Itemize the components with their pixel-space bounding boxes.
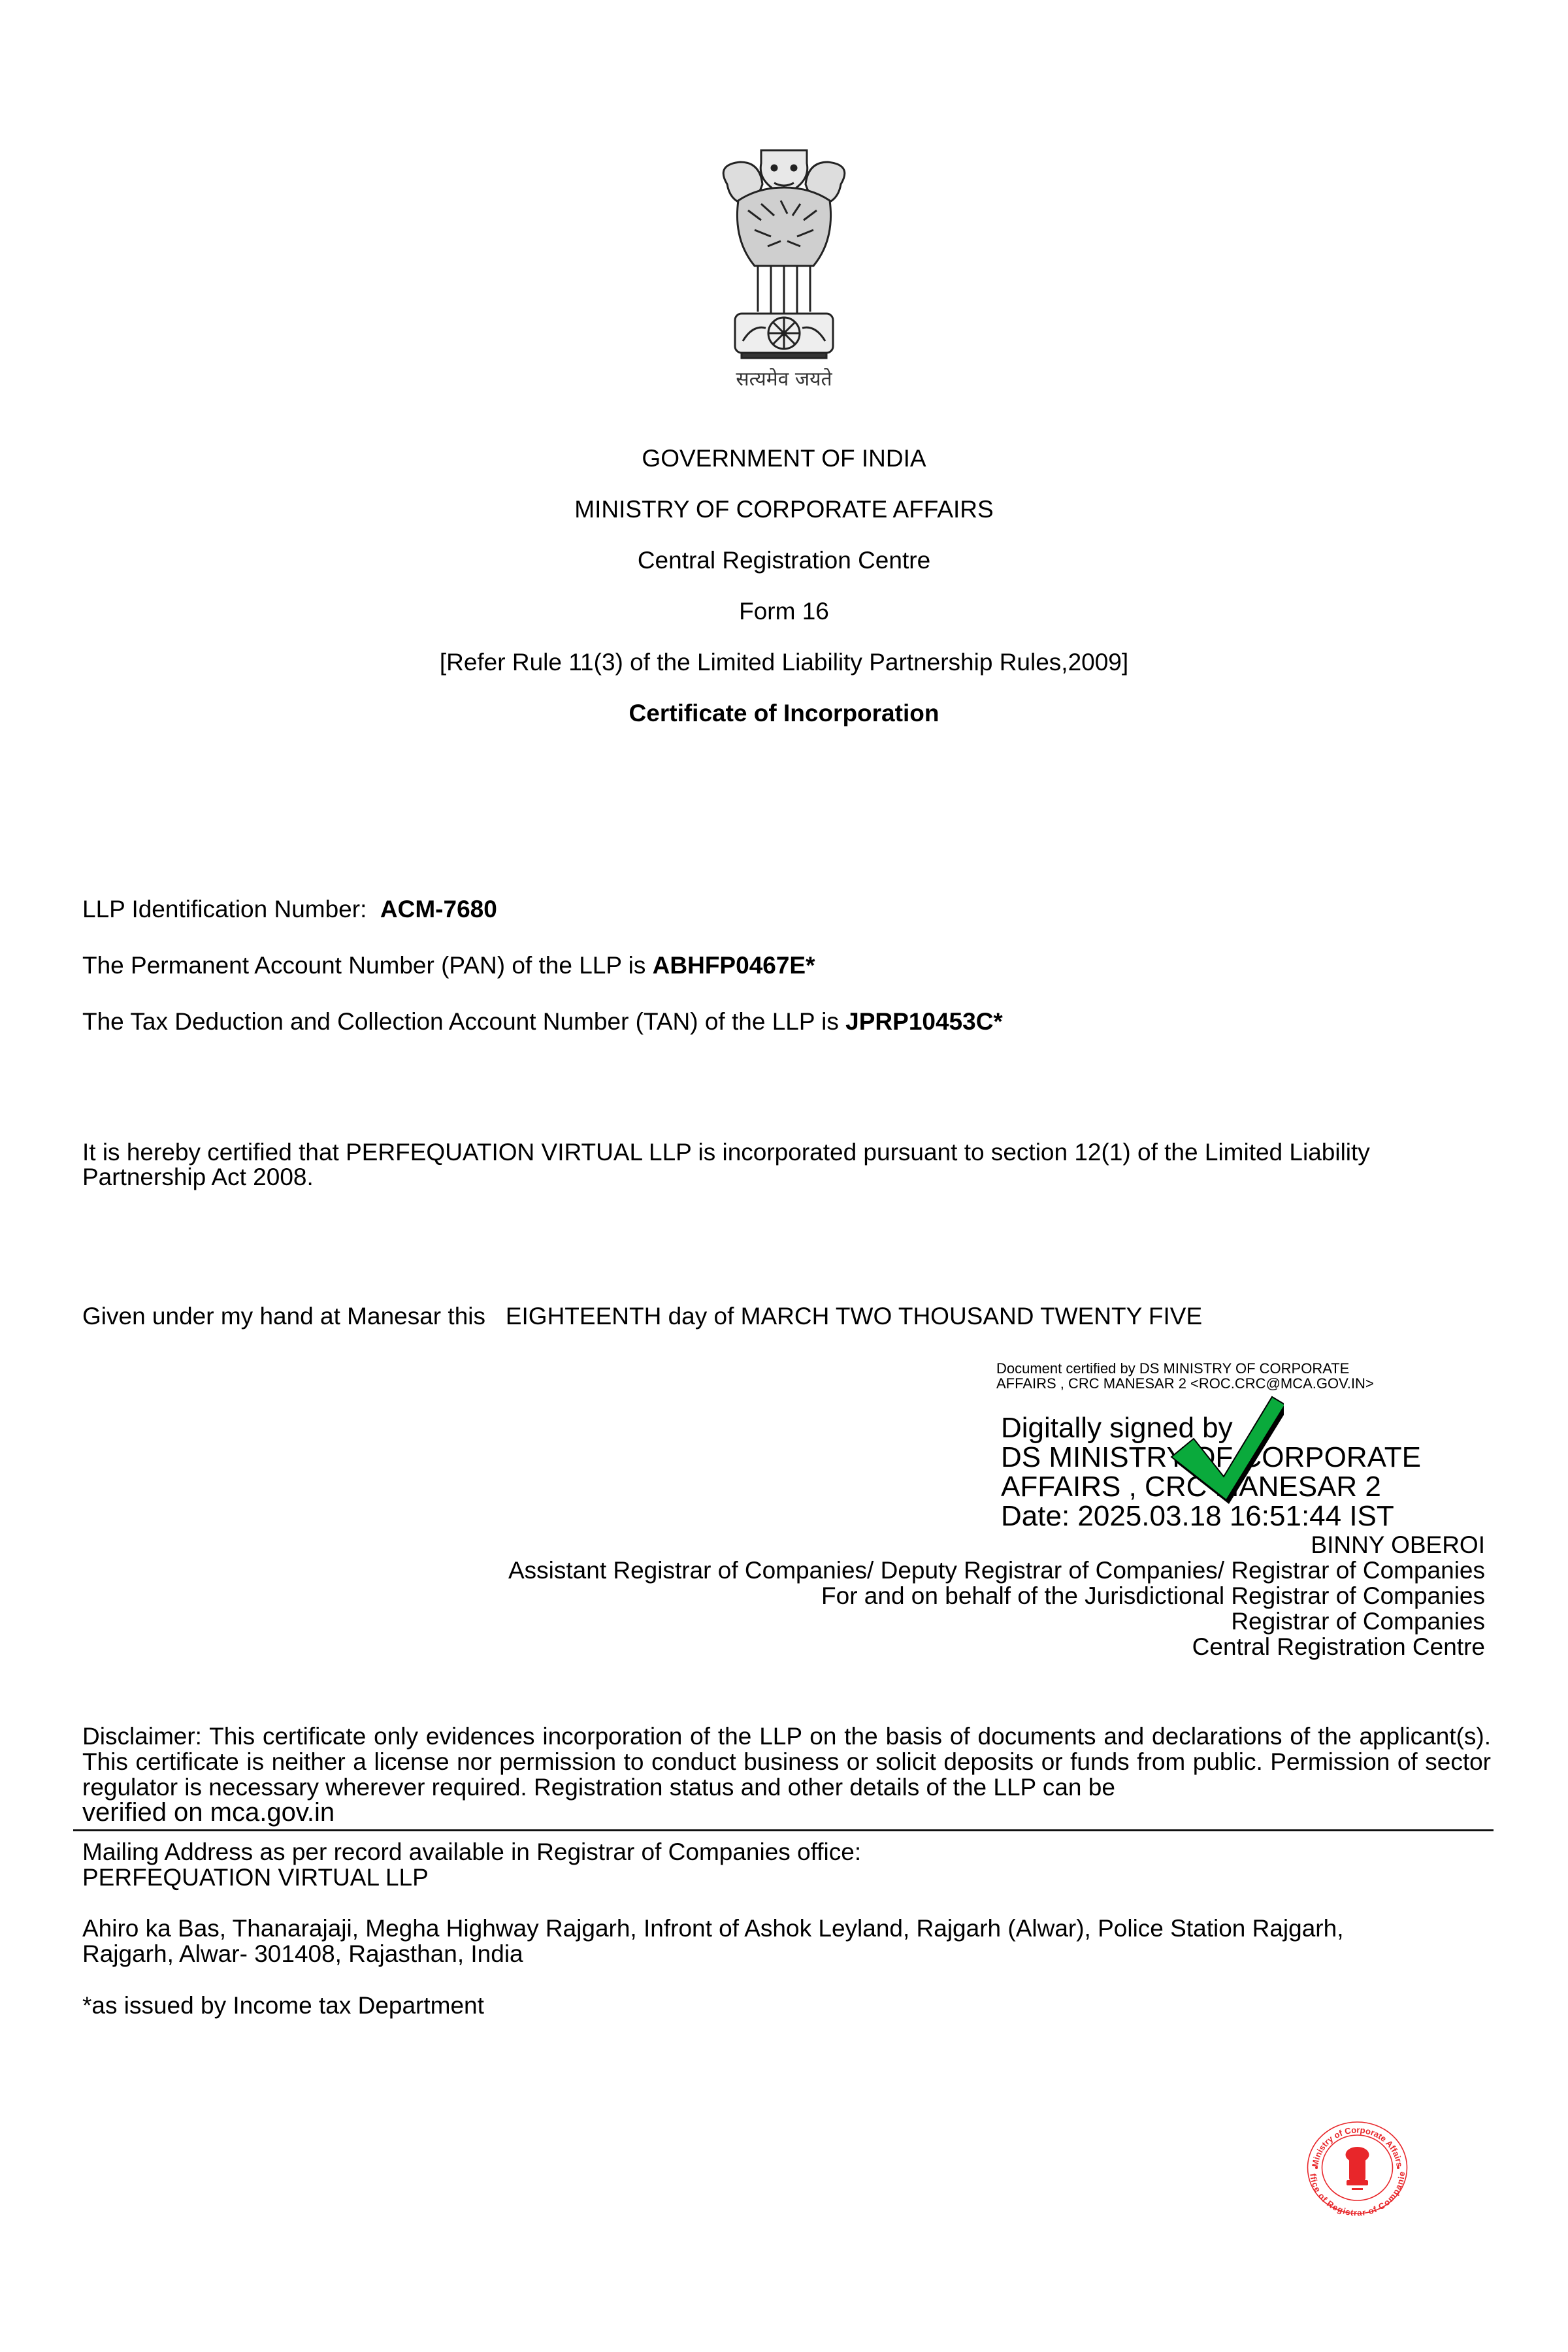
header-ministry: MINISTRY OF CORPORATE AFFAIRS	[0, 497, 1568, 523]
header-form: Form 16	[0, 598, 1568, 625]
tan-label: The Tax Deduction and Collection Account…	[82, 1008, 839, 1035]
certification-line-2: Partnership Act 2008.	[82, 1165, 1370, 1190]
page-title: Certificate of Incorporation	[0, 700, 1568, 727]
mailing-label: Mailing Address as per record available …	[82, 1839, 861, 1865]
registrar-office: Registrar of Companies	[1231, 1609, 1485, 1634]
llpin-value: ACM-7680	[380, 896, 497, 923]
header-rule-reference: [Refer Rule 11(3) of the Limited Liabili…	[0, 649, 1568, 676]
cert-note-line-1: Document certified by DS MINISTRY OF COR…	[996, 1361, 1374, 1376]
given-statement: Given under my hand at Manesar this EIGH…	[82, 1303, 1202, 1330]
address-line-2: Rajgarh, Alwar- 301408, Rajasthan, India	[82, 1941, 1344, 1967]
address-line-1: Ahiro ka Bas, Thanarajaji, Megha Highway…	[82, 1916, 1344, 1941]
mailing-address: Ahiro ka Bas, Thanarajaji, Megha Highway…	[82, 1916, 1344, 1967]
pan-label: The Permanent Account Number (PAN) of th…	[82, 952, 645, 979]
mca-verify-link[interactable]: verified on mca.gov.in	[82, 1798, 335, 1827]
registrar-centre: Central Registration Centre	[1192, 1634, 1485, 1659]
llpin-row: LLP Identification Number: ACM-7680	[82, 896, 497, 923]
registrar-name: BINNY OBEROI	[1311, 1532, 1485, 1558]
disclaimer: Disclaimer: This certificate only eviden…	[82, 1723, 1491, 1825]
given-prefix: Given under my hand at Manesar this	[82, 1303, 485, 1330]
certification-statement: It is hereby certified that PERFEQUATION…	[82, 1140, 1370, 1190]
registrar-behalf: For and on behalf of the Jurisdictional …	[821, 1583, 1485, 1609]
disclaimer-text: Disclaimer: This certificate only eviden…	[82, 1723, 1491, 1801]
national-emblem-icon: सत्यमेव जयते	[709, 139, 859, 393]
certification-line-1: It is hereby certified that PERFEQUATION…	[82, 1140, 1370, 1165]
section-divider	[73, 1829, 1494, 1831]
tan-row: The Tax Deduction and Collection Account…	[82, 1009, 1003, 1035]
header-centre: Central Registration Centre	[0, 547, 1568, 574]
pan-row: The Permanent Account Number (PAN) of th…	[82, 953, 815, 979]
mailing-address-block: Mailing Address as per record available …	[82, 1839, 861, 1890]
pan-value: ABHFP0467E*	[653, 952, 815, 979]
header-government: GOVERNMENT OF INDIA	[0, 446, 1568, 472]
mailing-entity: PERFEQUATION VIRTUAL LLP	[82, 1865, 861, 1890]
registrar-designation: Assistant Registrar of Companies/ Deputy…	[508, 1558, 1485, 1583]
roc-seal-icon: Ministry of Corporate Affairs Office of …	[1303, 2119, 1411, 2217]
tan-value: JPRP10453C*	[845, 1008, 1003, 1035]
signature-valid-checkmark-icon	[1153, 1385, 1284, 1516]
pan-tan-footnote: *as issued by Income tax Department	[82, 1993, 484, 2019]
svg-text:सत्यमेव जयते: सत्यमेव जयते	[736, 368, 832, 391]
given-date: EIGHTEENTH day of MARCH TWO THOUSAND TWE…	[506, 1303, 1202, 1330]
llpin-label: LLP Identification Number:	[82, 896, 367, 923]
